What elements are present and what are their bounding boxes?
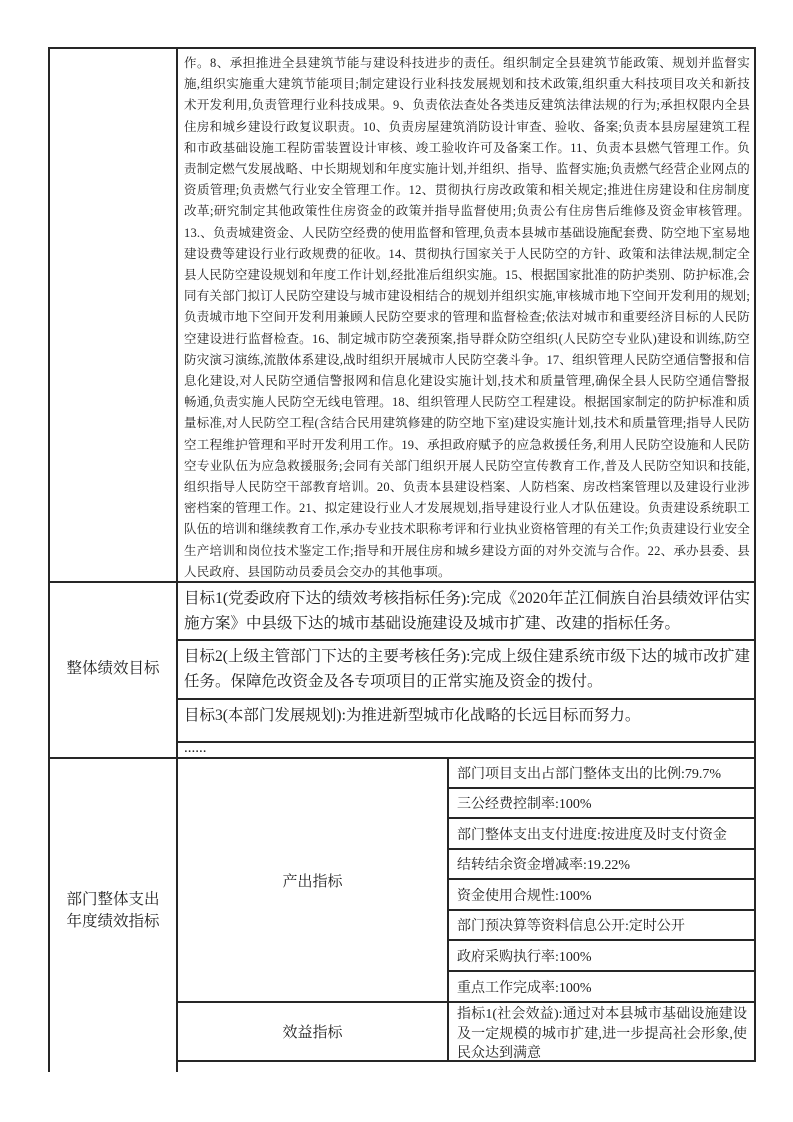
duties-continuation-text: 作。8、承担推进全县建筑节能与建设科技进步的责任。组织制定全县建筑节能政策、规划…	[184, 53, 750, 575]
goal-item-1: 目标1(党委政府下达的绩效考核指标任务):完成《2020年芷江侗族自治县绩效评估…	[184, 587, 750, 637]
output-indicator-item-1: 部门项目支出占部门整体支出的比例:79.7%	[457, 759, 747, 787]
overall-goals-row-label: 整体绩效目标	[50, 583, 176, 755]
output-indicator-item-2: 三公经费控制率:100%	[457, 789, 747, 817]
output-indicator-item-7: 政府采购执行率:100%	[457, 941, 747, 970]
output-indicator-item-6: 部门预决算等资料信息公开:定时公开	[457, 911, 747, 939]
goal-item-3: 目标3(本部门发展规划):为推进新型城市化战略的长远目标而努力。	[184, 704, 750, 738]
output-indicators-label: 产出指标	[178, 759, 447, 1001]
output-indicator-item-4: 结转结余资金增减率:19.22%	[457, 850, 747, 878]
document-page: 作。8、承担推进全县建筑节能与建设科技进步的责任。组织制定全县建筑节能政策、规划…	[0, 0, 793, 1122]
benefit-indicator-item-1: 指标1(社会效益):通过对本县城市基础设施建设及一定规模的城市扩建,进一步提高社…	[457, 1005, 747, 1058]
benefit-indicators-label: 效益指标	[178, 1003, 447, 1060]
table-border-horizontal	[176, 639, 756, 641]
output-indicator-item-8: 重点工作完成率:100%	[457, 972, 747, 1001]
output-indicator-item-3: 部门整体支出支付进度:按进度及时支付资金	[457, 819, 747, 848]
annual-indicators-row-label-text: 部门整体支出年度绩效指标	[59, 889, 167, 933]
annual-indicators-row-label: 部门整体支出年度绩效指标	[50, 759, 176, 1062]
duties-row-label-cell	[50, 49, 176, 581]
goal-item-more: ......	[184, 740, 750, 757]
output-indicator-item-5: 资金使用合规性:100%	[457, 880, 747, 909]
table-border-horizontal	[176, 698, 756, 700]
goal-item-2: 目标2(上级主管部门下达的主要考核任务):完成上级住建系统市级下达的城市改扩建任…	[184, 645, 750, 695]
